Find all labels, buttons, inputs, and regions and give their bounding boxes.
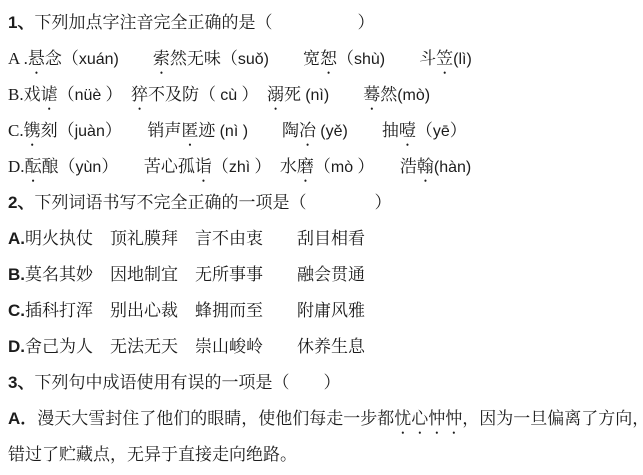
text-segment: 下列词语书写不完全正确的一项是（ ） xyxy=(34,193,391,212)
text-segment xyxy=(250,85,267,104)
text-segment: (mò) xyxy=(397,87,430,104)
text-segment: yē xyxy=(433,123,450,140)
dotted-text-segment: 忧心忡忡 xyxy=(394,409,462,428)
text-segment: 1、 xyxy=(8,13,34,32)
text-segment xyxy=(114,85,131,104)
q1-option-c: C.镌刻（juàn） 销声匿迹 (nì ) 陶冶 (yě) 抽噎（yē） xyxy=(8,113,635,149)
text-segment: ，因为一旦偏离了方向， xyxy=(462,409,643,428)
text-segment: juàn xyxy=(75,123,105,140)
dotted-text-segment: 酝 xyxy=(25,157,42,176)
text-segment: B. xyxy=(8,85,24,104)
text-segment: 死 xyxy=(284,85,305,104)
q1-option-a: A .悬念（xuán) 索然无味（suǒ) 宽恕（shù) 斗笠(lì) xyxy=(8,41,635,77)
text-segment: （ xyxy=(416,121,433,140)
dotted-text-segment: 谑 xyxy=(41,85,58,104)
text-segment: 3、 xyxy=(8,373,34,392)
text-segment xyxy=(348,121,382,140)
q2-option-b: B.莫名其妙 因地制宜 无所事事 融会贯通 xyxy=(8,257,635,293)
text-segment: 酿（ xyxy=(42,157,76,176)
text-segment: 斗 xyxy=(419,49,436,68)
text-segment xyxy=(263,157,280,176)
q1-option-d: D.酝酿（yùn） 苦心孤诣（zhì ） 水磨（mò ） 浩翰(hàn) xyxy=(8,149,635,185)
text-segment: 明火执仗 顶礼膜拜 言不由衷 刮目相看 xyxy=(25,229,365,248)
text-segment: C. xyxy=(8,301,25,320)
dotted-text-segment: 悬 xyxy=(28,49,45,68)
text-segment: 然无味（ xyxy=(170,49,238,68)
text-segment: A . xyxy=(8,49,28,68)
dotted-text-segment: 蓦 xyxy=(363,85,380,104)
dotted-text-segment: 诣 xyxy=(195,157,212,176)
text-segment xyxy=(113,121,147,140)
q3-option-a-line2: 错过了贮藏点，无异于直接走向绝路。 xyxy=(8,437,635,473)
text-segment xyxy=(110,157,144,176)
text-segment: 戏 xyxy=(24,85,41,104)
text-segment: nüè xyxy=(75,87,102,104)
text-segment: 苦心孤 xyxy=(144,157,195,176)
q1-title: 1、下列加点字注音完全正确的是（ ） xyxy=(8,5,635,41)
text-segment xyxy=(366,157,400,176)
q2-title: 2、下列词语书写不完全正确的一项是（ ） xyxy=(8,185,635,221)
text-segment: （ xyxy=(58,85,75,104)
text-segment: （ xyxy=(212,157,229,176)
text-segment: 然 xyxy=(380,85,397,104)
text-segment: xuán) xyxy=(79,51,119,68)
text-segment: ） xyxy=(237,85,250,104)
text-segment: 错过了贮藏点，无异于直接走向绝路。 xyxy=(8,445,297,464)
text-segment xyxy=(385,49,419,68)
text-segment: 销声 xyxy=(147,121,181,140)
text-segment xyxy=(248,121,282,140)
text-segment: shù) xyxy=(354,51,385,68)
q3-title: 3、下列句中成语使用有误的一项是（ ） xyxy=(8,365,635,401)
dotted-text-segment: 翰 xyxy=(417,157,434,176)
text-segment: A． xyxy=(8,409,37,428)
text-segment: 插科打浑 别出心裁 蜂拥而至 附庸风雅 xyxy=(25,301,365,320)
text-segment: C. xyxy=(8,121,24,140)
text-segment: (nì ) xyxy=(220,123,248,140)
dotted-text-segment: 冶 xyxy=(299,121,316,140)
text-segment: B. xyxy=(8,265,25,284)
text-segment: 刻（ xyxy=(41,121,75,140)
text-segment: 舍己为人 无法无天 崇山峻岭 休养生息 xyxy=(25,337,365,356)
q2-option-a: A.明火执仗 顶礼膜拜 言不由衷 刮目相看 xyxy=(8,221,635,257)
text-segment: ） xyxy=(450,121,467,140)
text-segment: (yě) xyxy=(320,123,348,140)
dotted-text-segment: 溺 xyxy=(267,85,284,104)
q2-option-c: C.插科打浑 别出心裁 蜂拥而至 附庸风雅 xyxy=(8,293,635,329)
text-segment: (hàn) xyxy=(434,159,471,176)
text-segment: ） xyxy=(101,157,110,176)
text-segment: zhì xyxy=(229,159,250,176)
text-segment: suǒ) xyxy=(238,51,269,68)
text-segment: 2、 xyxy=(8,193,34,212)
text-segment: ） xyxy=(101,85,114,104)
text-segment: 抽 xyxy=(382,121,399,140)
text-segment: 莫名其妙 因地制宜 无所事事 融会贯通 xyxy=(25,265,365,284)
text-segment: yùn xyxy=(76,159,102,176)
text-segment: 陶 xyxy=(282,121,299,140)
q2-option-d: D.舍己为人 无法无天 崇山峻岭 休养生息 xyxy=(8,329,635,365)
text-segment: 水 xyxy=(280,157,297,176)
text-segment: ） xyxy=(353,157,366,176)
text-segment: cù xyxy=(220,87,237,104)
text-segment xyxy=(269,49,303,68)
text-segment: (nì) xyxy=(305,87,329,104)
q3-option-a-line1: A．漫天大雪封住了他们的眼睛，使他们每走一步都忧心忡忡，因为一旦偏离了方向， xyxy=(8,401,635,437)
text-segment: （ xyxy=(314,157,331,176)
text-segment: 念（ xyxy=(45,49,79,68)
text-segment xyxy=(329,85,363,104)
exam-document: 1、下列加点字注音完全正确的是（ ） A .悬念（xuán) 索然无味（suǒ)… xyxy=(0,0,643,473)
text-segment: mò xyxy=(331,159,353,176)
dotted-text-segment: 匿 xyxy=(181,121,198,140)
text-segment: D. xyxy=(8,337,25,356)
text-segment: 不及防（ xyxy=(148,85,220,104)
text-segment: A. xyxy=(8,229,25,248)
text-segment: ） xyxy=(250,157,263,176)
dotted-text-segment: 磨 xyxy=(297,157,314,176)
text-segment: 下列句中成语使用有误的一项是（ ） xyxy=(34,373,340,392)
text-segment: D. xyxy=(8,157,25,176)
text-segment: (lì) xyxy=(453,51,472,68)
text-segment: 漫天大雪封住了他们的眼睛，使他们每走一步都 xyxy=(37,409,394,428)
text-segment: 迹 xyxy=(198,121,219,140)
q1-option-b: B.戏谑（nüè ） 猝不及防（ cù ） 溺死 (nì) 蓦然(mò) xyxy=(8,77,635,113)
dotted-text-segment: 镌 xyxy=(24,121,41,140)
text-segment xyxy=(119,49,153,68)
text-segment: （ xyxy=(337,49,354,68)
dotted-text-segment: 噎 xyxy=(399,121,416,140)
dotted-text-segment: 猝 xyxy=(131,85,148,104)
dotted-text-segment: 恕 xyxy=(320,49,337,68)
dotted-text-segment: 索 xyxy=(153,49,170,68)
text-segment: 宽 xyxy=(303,49,320,68)
dotted-text-segment: 笠 xyxy=(436,49,453,68)
text-segment: 下列加点字注音完全正确的是（ ） xyxy=(34,13,374,32)
text-segment: 浩 xyxy=(400,157,417,176)
